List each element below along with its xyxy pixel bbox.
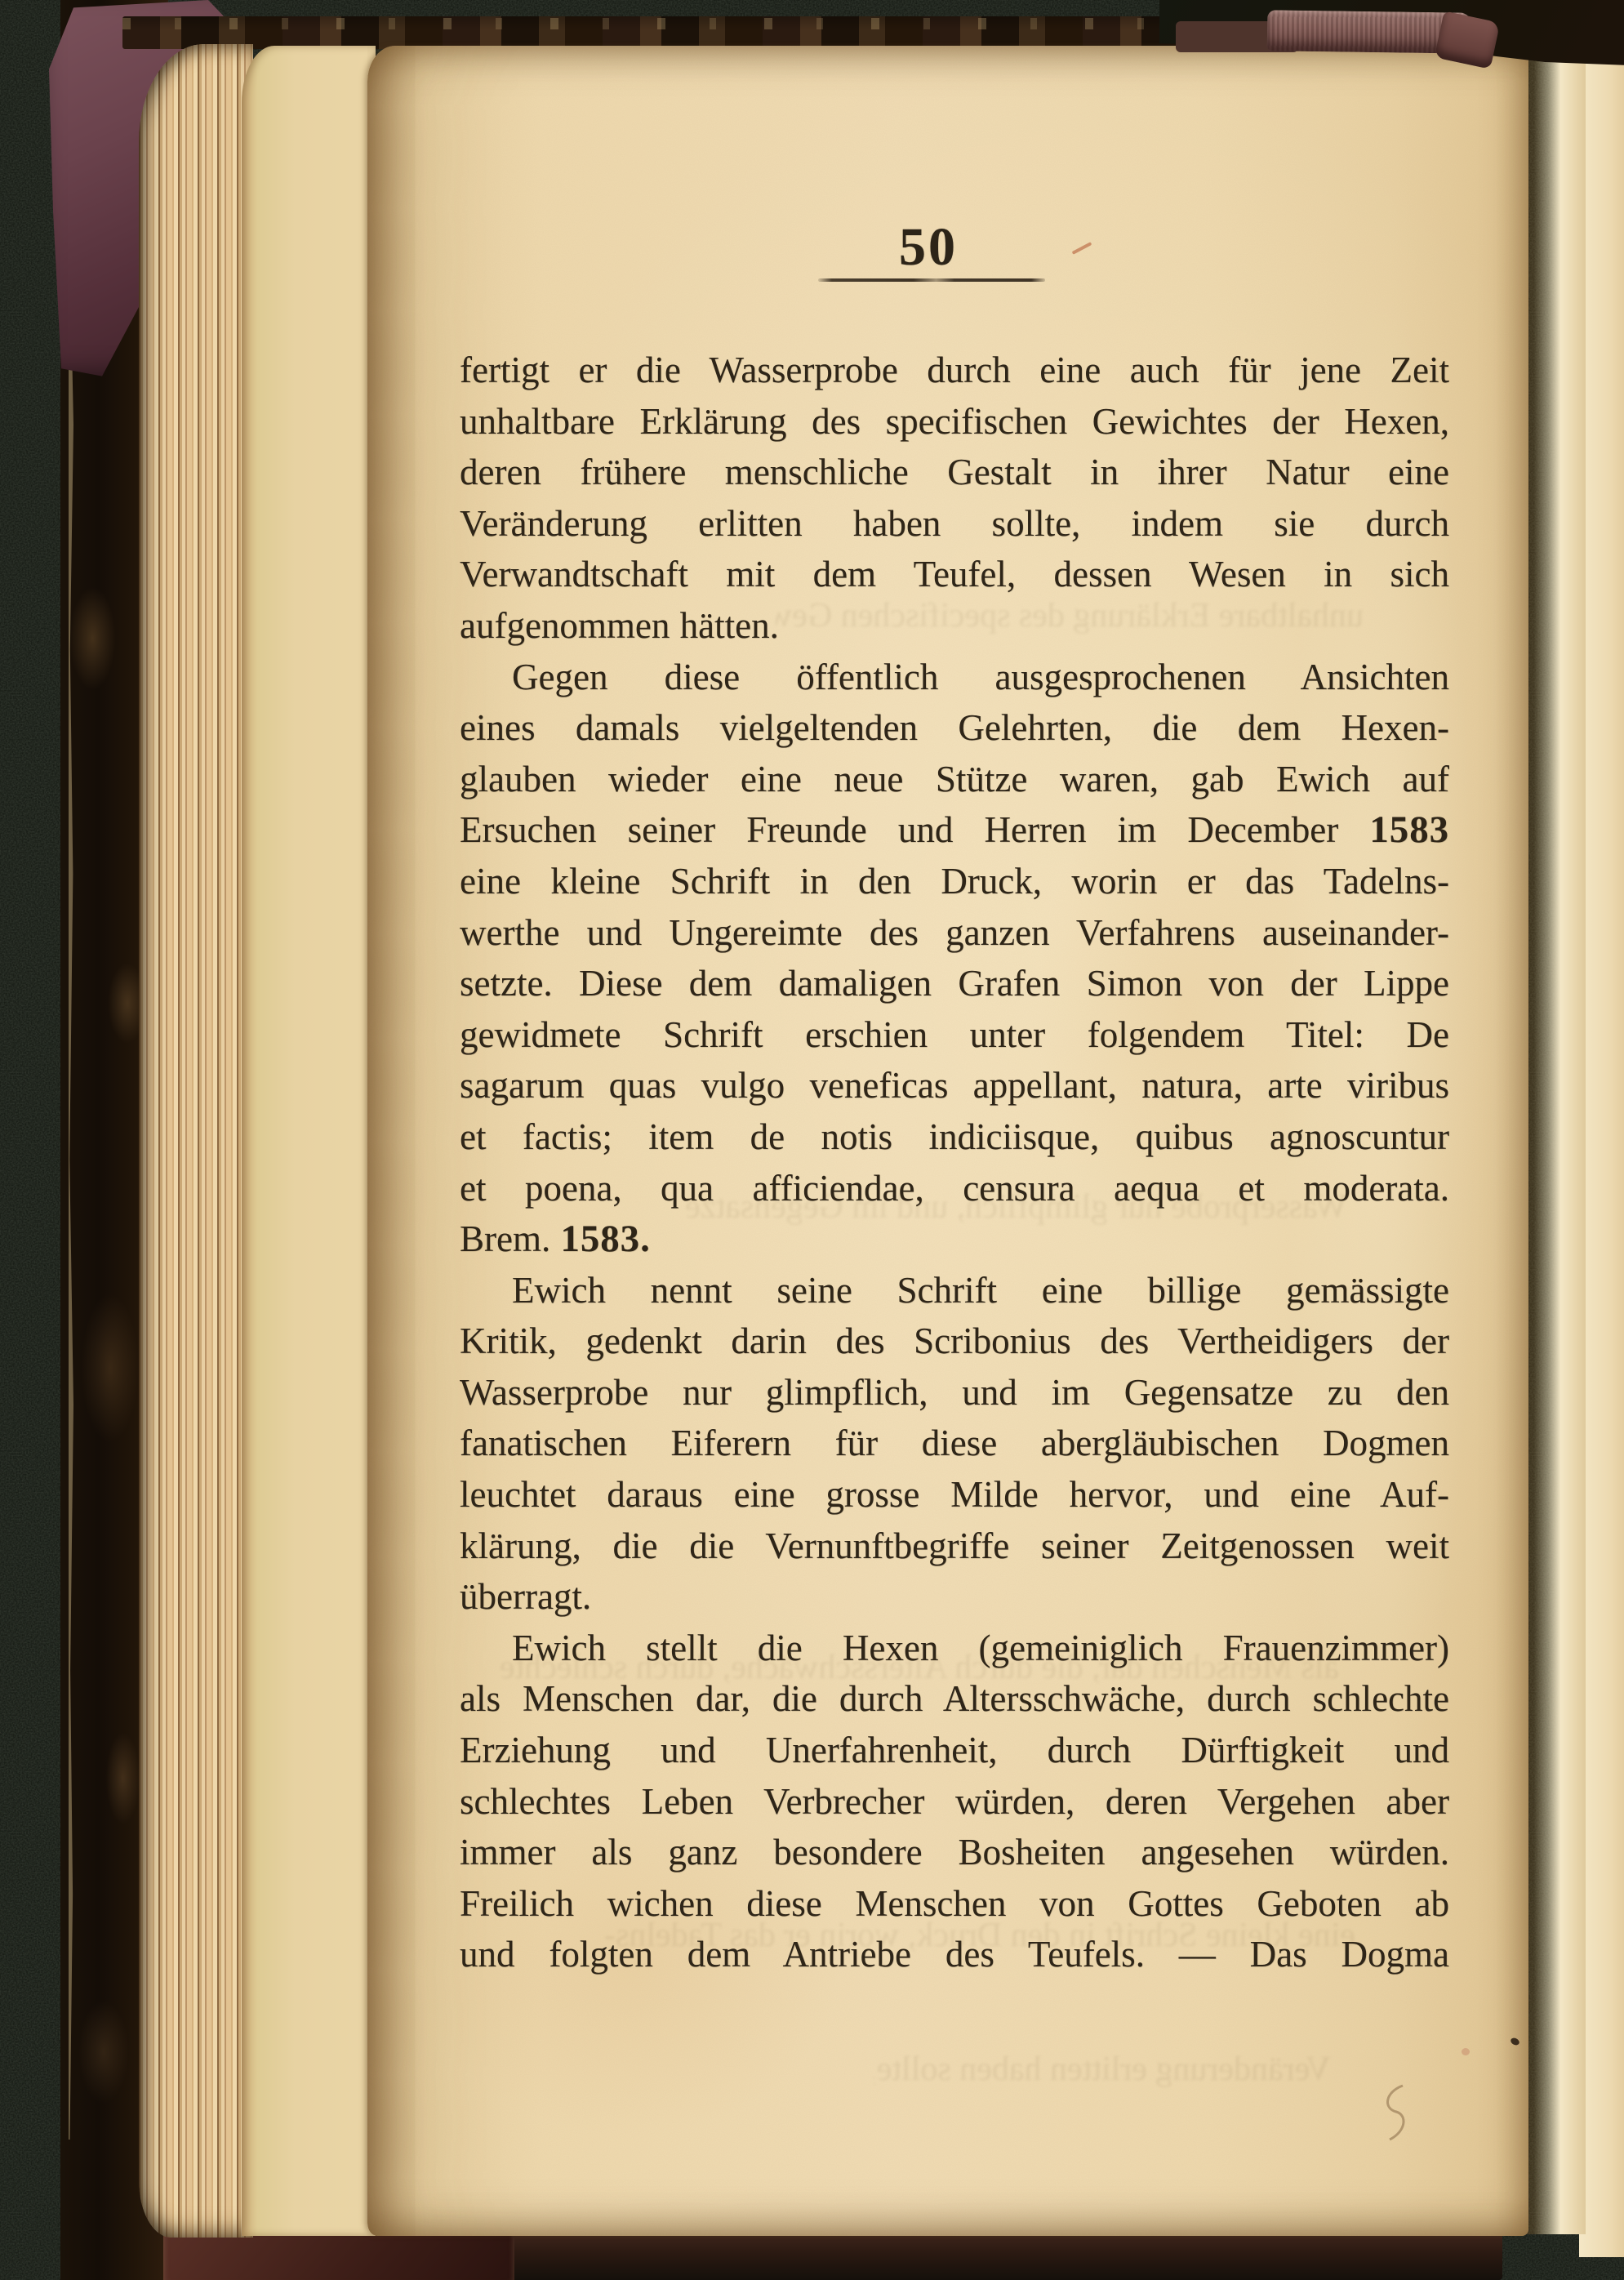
page-number-rule [818,278,1045,282]
text-line: eine kleine Schrift in den Druck, worin … [460,856,1449,907]
text-line: Ewich stellt die Hexen (gemeiniglich Fra… [460,1623,1449,1674]
paragraph: fertigt er die Wasserprobe durch eine au… [460,345,1449,652]
text-line: eines damals vielgeltenden Gelehrten, di… [460,702,1449,754]
text-line: unhaltbare Erklärung des specifischen Ge… [460,396,1449,448]
text-line: Gegen diese öffentlich ausgesprochenen A… [460,652,1449,703]
text-line: Wasserprobe nur glimpflich, und im Gegen… [460,1367,1449,1418]
text-line: gewidmete Schrift erschien unter folgend… [460,1009,1449,1061]
text-line: fertigt er die Wasserprobe durch eine au… [460,345,1449,396]
text-line: Brem. 1583. [460,1213,1449,1265]
text-line: et poena, qua afficiendae, censura aequa… [460,1163,1449,1214]
text-line: glauben wieder eine neue Stütze waren, g… [460,754,1449,805]
paragraph: Ewich nennt seine Schrift eine billige g… [460,1265,1449,1623]
text-line: Erziehung und Unerfahrenheit, durch Dürf… [460,1725,1449,1776]
text-line: werthe und Ungereimte des ganzen Verfahr… [460,907,1449,959]
book-scan: 50 fertigt er die Wasserprobe durch eine… [0,0,1624,2280]
text-line: immer als ganz besondere Bosheiten anges… [460,1827,1449,1878]
page-edge-stack [139,44,253,2238]
paper-spot [1462,2048,1470,2055]
underlying-page-edges [242,46,376,2236]
text-line: als Menschen dar, die durch Altersschwäc… [460,1673,1449,1725]
text-line: Kritik, gedenkt darin des Scribonius des… [460,1316,1449,1367]
text-line: leuchtet daraus eine grosse Milde hervor… [460,1469,1449,1521]
book-page: 50 fertigt er die Wasserprobe durch eine… [367,46,1528,2236]
ink-squiggle-mark [1378,2082,1414,2148]
page-number: 50 [899,220,958,274]
text-line: klärung, die die Vernunftbegriffe seiner… [460,1521,1449,1572]
text-line: Verwandtschaft mit dem Teufel, dessen We… [460,549,1449,600]
text-line: und folgten dem Antriebe des Teufels. — … [460,1929,1449,1980]
text-line: Freilich wichen diese Menschen von Gotte… [460,1878,1449,1930]
text-block: fertigt er die Wasserprobe durch eine au… [460,345,1449,1980]
text-line: überragt. [460,1571,1449,1623]
text-line: deren frühere menschliche Gestalt in ihr… [460,447,1449,498]
text-line: schlechtes Leben Verbrecher würden, dere… [460,1776,1449,1828]
show-through-ghost-text: Veränderung erlitten haben sollte, indem… [874,2048,1331,2091]
text-line: aufgenommen hätten. [460,600,1449,652]
text-line: setzte. Diese dem damaligen Grafen Simon… [460,958,1449,1009]
text-line: Veränderung erlitten haben sollte, indem… [460,498,1449,550]
paragraph: Ewich stellt die Hexen (gemeiniglich Fra… [460,1623,1449,1980]
text-line: Ersuchen seiner Freunde und Herren im De… [460,804,1449,856]
text-line: Ewich nennt seine Schrift eine billige g… [460,1265,1449,1316]
paragraph: Gegen diese öffentlich ausgesprochenen A… [460,652,1449,1265]
text-line: fanatischen Eiferern für diese abergläub… [460,1418,1449,1469]
red-ink-fleck [1072,242,1092,255]
text-line: sagarum quas vulgo veneficas appellant, … [460,1060,1449,1111]
text-line: et factis; item de notis indiciisque, qu… [460,1111,1449,1163]
underlying-page [1579,59,1624,2257]
